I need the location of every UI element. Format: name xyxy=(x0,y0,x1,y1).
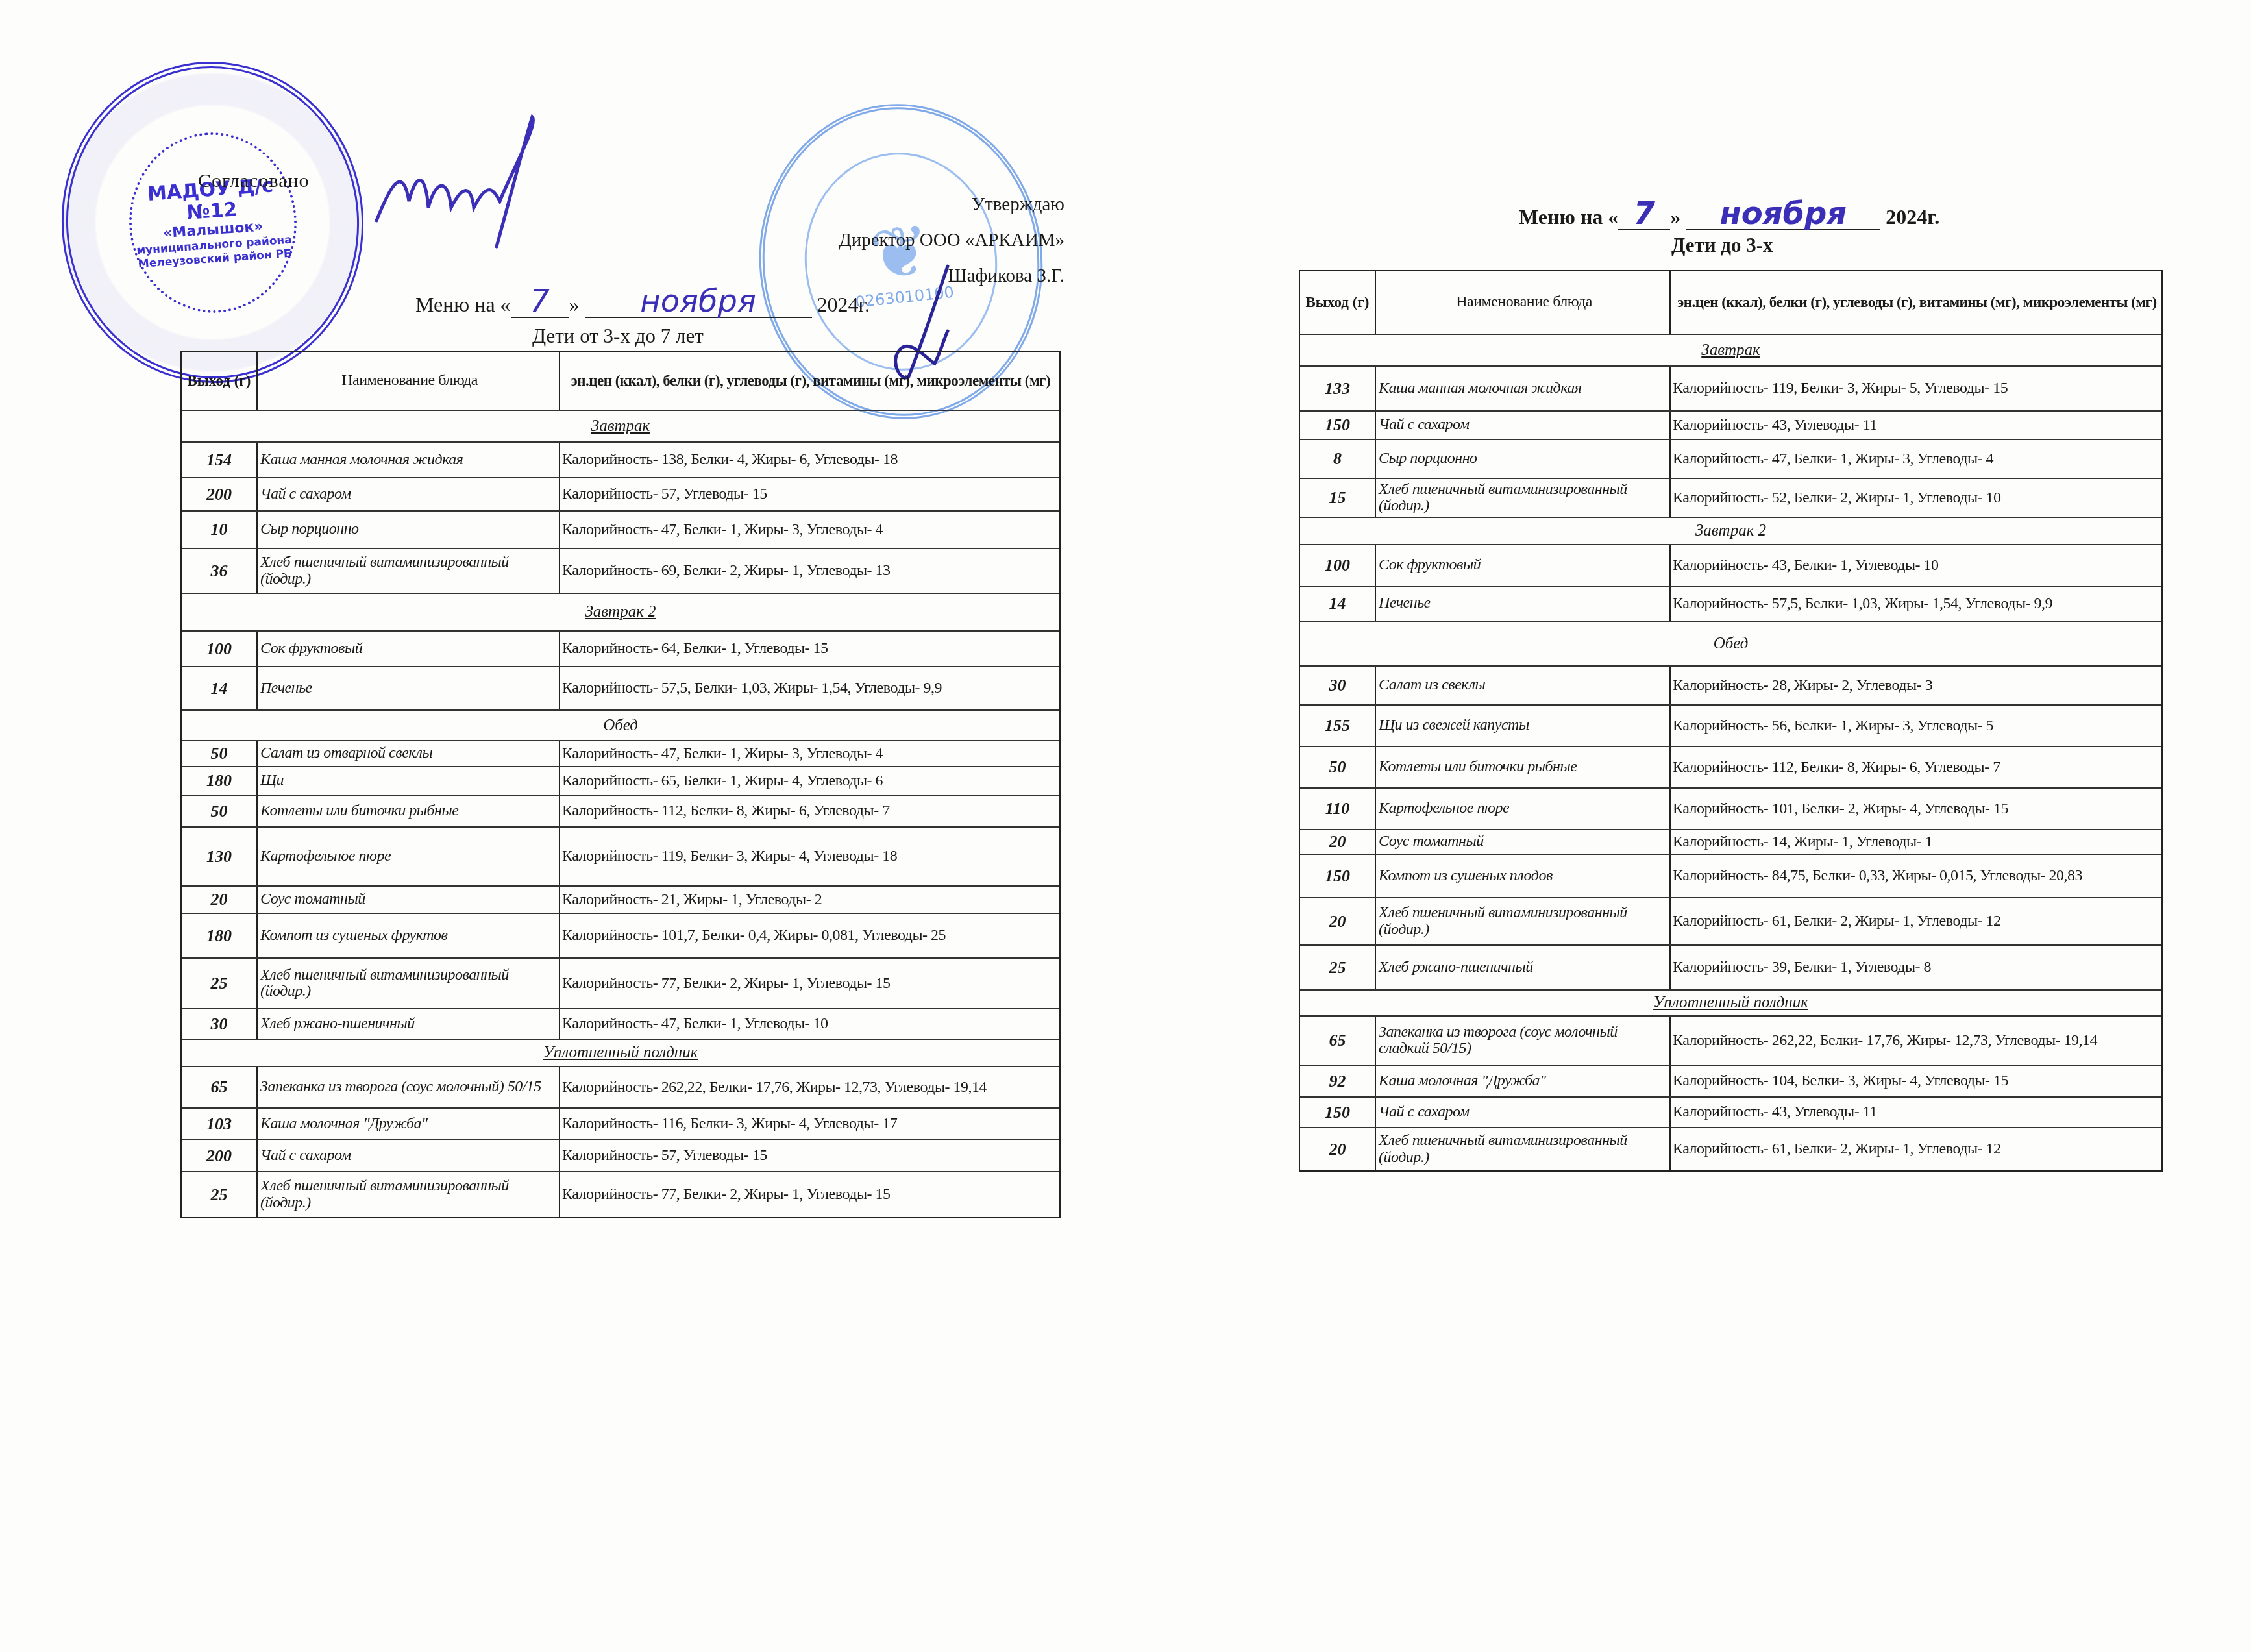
menu-title-left: Меню на «7» ноября 2024г. xyxy=(415,286,870,318)
dish-cell: Чай с сахаром xyxy=(1375,1098,1669,1127)
dish-cell: Хлеб пшеничный витаминизированный (йодир… xyxy=(1375,479,1669,517)
yield-cell: 200 xyxy=(182,1140,256,1171)
yield-cell: 20 xyxy=(1300,830,1375,854)
table-row: 15Хлеб пшеничный витаминизированный (йод… xyxy=(1300,478,2161,517)
table-row: 20Соус томатныйКалорийность- 21, Жиры- 1… xyxy=(182,885,1059,913)
meal-section-title: Завтрак 2 xyxy=(1300,517,2161,544)
column-header-dish: Наименование блюда xyxy=(256,352,559,410)
table-row: 14ПеченьеКалорийность- 57,5, Белки- 1,03… xyxy=(1300,586,2161,621)
table-row: 25Хлеб пшеничный витаминизированный (йод… xyxy=(182,957,1059,1008)
nutrition-cell: Калорийность- 21, Жиры- 1, Углеводы- 2 xyxy=(559,887,1059,913)
dish-cell: Салат из свеклы xyxy=(1375,667,1669,704)
nutrition-cell: Калорийность- 57, Углеводы- 15 xyxy=(559,478,1059,510)
nutrition-cell: Калорийность- 14, Жиры- 1, Углеводы- 1 xyxy=(1669,830,2161,854)
table-header: Выход (г)Наименование блюдаэн.цен (ккал)… xyxy=(182,352,1059,410)
table-row: 10Сыр порционноКалорийность- 47, Белки- … xyxy=(182,510,1059,548)
dish-cell: Щи из свежей капусты xyxy=(1375,706,1669,746)
table-row: 150Чай с сахаромКалорийность- 43, Углево… xyxy=(1300,1096,2161,1127)
menu-title-right: Меню на «7» ноября 2024г. xyxy=(1519,198,1939,230)
school-stamp-center: МАДОУ Д/с №12 «Малышок» муниципального р… xyxy=(123,127,302,318)
agreed-label: Согласовано xyxy=(198,170,310,192)
table-row: 103Каша молочная "Дружба"Калорийность- 1… xyxy=(182,1107,1059,1139)
meal-section-title: Обед xyxy=(1300,621,2161,665)
yield-cell: 8 xyxy=(1300,440,1375,478)
dish-cell: Чай с сахаром xyxy=(1375,412,1669,439)
nutrition-cell: Калорийность- 116, Белки- 3, Жиры- 4, Уг… xyxy=(559,1109,1059,1139)
yield-cell: 25 xyxy=(182,1172,256,1217)
dish-cell: Компот из сушеных плодов xyxy=(1375,855,1669,897)
signature-agreed xyxy=(363,110,558,253)
nutrition-cell: Калорийность- 57,5, Белки- 1,03, Жиры- 1… xyxy=(1669,587,2161,621)
nutrition-cell: Калорийность- 47, Белки- 1, Жиры- 3, Угл… xyxy=(1669,440,2161,478)
dish-cell: Хлеб пшеничный витаминизированный (йодир… xyxy=(1375,898,1669,944)
nutrition-cell: Калорийность- 138, Белки- 4, Жиры- 6, Уг… xyxy=(559,443,1059,477)
director-line: Директор ООО «АРКАИМ» xyxy=(805,223,1064,258)
dish-cell: Каша молочная "Дружба" xyxy=(256,1109,559,1139)
nutrition-cell: Калорийность- 47, Белки- 1, Жиры- 3, Угл… xyxy=(559,512,1059,548)
dish-cell: Котлеты или биточки рыбные xyxy=(1375,747,1669,787)
nutrition-cell: Калорийность- 61, Белки- 2, Жиры- 1, Угл… xyxy=(1669,898,2161,944)
yield-cell: 180 xyxy=(182,914,256,957)
meal-section-title: Завтрак xyxy=(1300,334,2161,365)
table-row: 155Щи из свежей капустыКалорийность- 56,… xyxy=(1300,704,2161,746)
meal-section-title: Завтрак xyxy=(182,410,1059,441)
dish-cell: Запеканка из творога (соус молочный) 50/… xyxy=(256,1067,559,1107)
yield-cell: 100 xyxy=(1300,545,1375,586)
nutrition-cell: Калорийность- 112, Белки- 8, Жиры- 6, Уг… xyxy=(559,796,1059,826)
dish-cell: Хлеб ржано-пшеничный xyxy=(1375,946,1669,989)
column-header-yield: Выход (г) xyxy=(1300,271,1375,334)
nutrition-cell: Калорийность- 64, Белки- 1, Углеводы- 15 xyxy=(559,632,1059,666)
nutrition-cell: Калорийность- 43, Белки- 1, Углеводы- 10 xyxy=(1669,545,2161,586)
dish-cell: Хлеб пшеничный витаминизированный (йодир… xyxy=(256,1172,559,1217)
nutrition-cell: Калорийность- 69, Белки- 2, Жиры- 1, Угл… xyxy=(559,549,1059,593)
yield-cell: 50 xyxy=(182,796,256,826)
table-row: 30Хлеб ржано-пшеничныйКалорийность- 47, … xyxy=(182,1008,1059,1039)
title-prefix: Меню на « xyxy=(1519,205,1618,228)
yield-cell: 150 xyxy=(1300,855,1375,897)
dish-cell: Печенье xyxy=(1375,587,1669,621)
yield-cell: 20 xyxy=(1300,898,1375,944)
yield-cell: 20 xyxy=(1300,1128,1375,1170)
meal-section-title: Уплотненный полдник xyxy=(1300,989,2161,1015)
nutrition-cell: Калорийность- 39, Белки- 1, Углеводы- 8 xyxy=(1669,946,2161,989)
dish-cell: Чай с сахаром xyxy=(256,478,559,510)
table-row: 100Сок фруктовыйКалорийность- 43, Белки-… xyxy=(1300,544,2161,586)
nutrition-cell: Калорийность- 104, Белки- 3, Жиры- 4, Уг… xyxy=(1669,1066,2161,1096)
nutrition-cell: Калорийность- 119, Белки- 3, Жиры- 4, Уг… xyxy=(559,828,1059,885)
table-row: 150Чай с сахаромКалорийность- 43, Углево… xyxy=(1300,410,2161,439)
year-suffix: г. xyxy=(1927,205,1939,228)
school-stamp: МАДОУ Д/с №12 «Малышок» муниципального р… xyxy=(51,51,374,393)
table-row: 92Каша молочная "Дружба"Калорийность- 10… xyxy=(1300,1065,2161,1096)
yield-cell: 25 xyxy=(182,959,256,1008)
yield-cell: 150 xyxy=(1300,1098,1375,1127)
meal-name: Обед xyxy=(603,717,638,735)
table-row: 8Сыр порционноКалорийность- 47, Белки- 1… xyxy=(1300,439,2161,478)
meal-section-title: Уплотненный полдник xyxy=(182,1039,1059,1066)
age-group-right: Дети до 3-х xyxy=(1671,234,1773,257)
yield-cell: 50 xyxy=(182,741,256,766)
dish-cell: Компот из сушеных фруктов xyxy=(256,914,559,957)
meal-name: Обед xyxy=(1714,635,1749,653)
column-header-nutrition: эн.цен (ккал), белки (г), углеводы (г), … xyxy=(1669,271,2161,334)
dish-cell: Картофельное пюре xyxy=(256,828,559,885)
yield-cell: 30 xyxy=(182,1009,256,1039)
table-row: 36Хлеб пшеничный витаминизированный (йод… xyxy=(182,548,1059,593)
table-row: 50Салат из отварной свеклыКалорийность- … xyxy=(182,740,1059,766)
nutrition-cell: Калорийность- 52, Белки- 2, Жиры- 1, Угл… xyxy=(1669,479,2161,517)
yield-cell: 50 xyxy=(1300,747,1375,787)
dish-cell: Каша манная молочная жидкая xyxy=(256,443,559,477)
table-row: 100Сок фруктовыйКалорийность- 64, Белки-… xyxy=(182,630,1059,666)
table-row: 110Картофельное пюреКалорийность- 101, Б… xyxy=(1300,787,2161,829)
table-row: 200Чай с сахаромКалорийность- 57, Углево… xyxy=(182,477,1059,510)
yield-cell: 14 xyxy=(182,667,256,709)
yield-cell: 25 xyxy=(1300,946,1375,989)
table-row: 133Каша манная молочная жидкаяКалорийнос… xyxy=(1300,365,2161,410)
meal-name: Завтрак xyxy=(1701,341,1760,360)
meal-name: Уплотненный полдник xyxy=(1653,994,1808,1012)
dish-cell: Салат из отварной свеклы xyxy=(256,741,559,766)
year: 2024 xyxy=(817,293,859,316)
nutrition-cell: Калорийность- 57,5, Белки- 1,03, Жиры- 1… xyxy=(559,667,1059,709)
column-header-dish: Наименование блюда xyxy=(1375,271,1669,334)
meal-name: Завтрак 2 xyxy=(585,603,656,621)
dish-cell: Хлеб ржано-пшеничный xyxy=(256,1009,559,1039)
day-field: 7 xyxy=(1618,198,1670,230)
yield-cell: 100 xyxy=(182,632,256,666)
title-mid: » xyxy=(1670,205,1680,228)
table-row: 20Соус томатныйКалорийность- 14, Жиры- 1… xyxy=(1300,829,2161,854)
yield-cell: 130 xyxy=(182,828,256,885)
dish-cell: Щи xyxy=(256,767,559,795)
approve-label: Утверждаю xyxy=(805,187,1064,223)
nutrition-cell: Калорийность- 262,22, Белки- 17,76, Жиры… xyxy=(1669,1017,2161,1065)
table-row: 200Чай с сахаромКалорийность- 57, Углево… xyxy=(182,1139,1059,1171)
yield-cell: 180 xyxy=(182,767,256,795)
nutrition-cell: Калорийность- 101, Белки- 2, Жиры- 4, Уг… xyxy=(1669,789,2161,829)
yield-cell: 20 xyxy=(182,887,256,913)
dish-cell: Котлеты или биточки рыбные xyxy=(256,796,559,826)
yield-cell: 65 xyxy=(1300,1017,1375,1065)
nutrition-cell: Калорийность- 119, Белки- 3, Жиры- 5, Уг… xyxy=(1669,367,2161,410)
nutrition-cell: Калорийность- 47, Белки- 1, Жиры- 3, Угл… xyxy=(559,741,1059,766)
dish-cell: Сок фруктовый xyxy=(256,632,559,666)
nutrition-cell: Калорийность- 56, Белки- 1, Жиры- 3, Угл… xyxy=(1669,706,2161,746)
meal-section-title: Обед xyxy=(182,709,1059,740)
age-group-left: Дети от 3-х до 7 лет xyxy=(532,325,704,348)
table-row: 30Салат из свеклыКалорийность- 28, Жиры-… xyxy=(1300,665,2161,704)
nutrition-cell: Калорийность- 262,22, Белки- 17,76, Жиры… xyxy=(559,1067,1059,1107)
yield-cell: 103 xyxy=(182,1109,256,1139)
table-row: 25Хлеб ржано-пшеничныйКалорийность- 39, … xyxy=(1300,944,2161,989)
yield-cell: 155 xyxy=(1300,706,1375,746)
table-row: 25Хлеб пшеничный витаминизированный (йод… xyxy=(182,1171,1059,1217)
yield-cell: 133 xyxy=(1300,367,1375,410)
table-row: 20Хлеб пшеничный витаминизированный (йод… xyxy=(1300,897,2161,944)
dish-cell: Сыр порционно xyxy=(1375,440,1669,478)
table-row: 14ПеченьеКалорийность- 57,5, Белки- 1,03… xyxy=(182,666,1059,709)
table-row: 150Компот из сушеных плодовКалорийность-… xyxy=(1300,854,2161,897)
title-mid: » xyxy=(569,293,580,316)
table-row: 65Запеканка из творога (соус молочный) 5… xyxy=(182,1066,1059,1107)
nutrition-cell: Калорийность- 57, Углеводы- 15 xyxy=(559,1140,1059,1171)
dish-cell: Каша молочная "Дружба" xyxy=(1375,1066,1669,1096)
table-row: 180ЩиКалорийность- 65, Белки- 1, Жиры- 4… xyxy=(182,766,1059,795)
nutrition-cell: Калорийность- 43, Углеводы- 11 xyxy=(1669,412,2161,439)
nutrition-cell: Калорийность- 77, Белки- 2, Жиры- 1, Угл… xyxy=(559,1172,1059,1217)
year: 2024 xyxy=(1886,205,1927,228)
day-field: 7 xyxy=(511,286,569,318)
dish-cell: Хлеб пшеничный витаминизированный (йодир… xyxy=(256,959,559,1008)
dish-cell: Печенье xyxy=(256,667,559,709)
nutrition-cell: Калорийность- 84,75, Белки- 0,33, Жиры- … xyxy=(1669,855,2161,897)
yield-cell: 30 xyxy=(1300,667,1375,704)
dish-cell: Запеканка из творога (соус молочный слад… xyxy=(1375,1017,1669,1065)
nutrition-cell: Калорийность- 77, Белки- 2, Жиры- 1, Угл… xyxy=(559,959,1059,1008)
meal-section-title: Завтрак 2 xyxy=(182,593,1059,630)
nutrition-cell: Калорийность- 65, Белки- 1, Жиры- 4, Угл… xyxy=(559,767,1059,795)
meal-name: Уплотненный полдник xyxy=(543,1044,698,1062)
year-suffix: г. xyxy=(859,293,870,316)
dish-cell: Соус томатный xyxy=(256,887,559,913)
table-row: 50Котлеты или биточки рыбныеКалорийность… xyxy=(182,795,1059,826)
menu-table-under-3: Выход (г)Наименование блюдаэн.цен (ккал)… xyxy=(1299,270,2163,1172)
month-field: ноября xyxy=(585,286,812,318)
yield-cell: 92 xyxy=(1300,1066,1375,1096)
menu-table-3-to-7: Выход (г)Наименование блюдаэн.цен (ккал)… xyxy=(180,351,1061,1218)
yield-cell: 200 xyxy=(182,478,256,510)
yield-cell: 15 xyxy=(1300,479,1375,517)
dish-cell: Хлеб пшеничный витаминизированный (йодир… xyxy=(1375,1128,1669,1170)
yield-cell: 110 xyxy=(1300,789,1375,829)
title-prefix: Меню на « xyxy=(415,293,511,316)
column-header-yield: Выход (г) xyxy=(182,352,256,410)
yield-cell: 14 xyxy=(1300,587,1375,621)
dish-cell: Хлеб пшеничный витаминизированный (йодир… xyxy=(256,549,559,593)
yield-cell: 150 xyxy=(1300,412,1375,439)
dish-cell: Чай с сахаром xyxy=(256,1140,559,1171)
yield-cell: 10 xyxy=(182,512,256,548)
meal-name: Завтрак 2 xyxy=(1695,522,1766,540)
table-row: 180Компот из сушеных фруктовКалорийность… xyxy=(182,913,1059,957)
table-row: 50Котлеты или биточки рыбныеКалорийность… xyxy=(1300,746,2161,787)
nutrition-cell: Калорийность- 28, Жиры- 2, Углеводы- 3 xyxy=(1669,667,2161,704)
dish-cell: Соус томатный xyxy=(1375,830,1669,854)
table-header: Выход (г)Наименование блюдаэн.цен (ккал)… xyxy=(1300,271,2161,334)
table-row: 154Каша манная молочная жидкаяКалорийнос… xyxy=(182,441,1059,477)
nutrition-cell: Калорийность- 43, Углеводы- 11 xyxy=(1669,1098,2161,1127)
dish-cell: Сыр порционно xyxy=(256,512,559,548)
nutrition-cell: Калорийность- 112, Белки- 8, Жиры- 6, Уг… xyxy=(1669,747,2161,787)
yield-cell: 36 xyxy=(182,549,256,593)
meal-name: Завтрак xyxy=(591,417,650,436)
dish-cell: Сок фруктовый xyxy=(1375,545,1669,586)
yield-cell: 65 xyxy=(182,1067,256,1107)
table-row: 20Хлеб пшеничный витаминизированный (йод… xyxy=(1300,1127,2161,1170)
column-header-nutrition: эн.цен (ккал), белки (г), углеводы (г), … xyxy=(559,352,1059,410)
table-row: 130Картофельное пюреКалорийность- 119, Б… xyxy=(182,826,1059,885)
month-field: ноября xyxy=(1686,198,1880,230)
nutrition-cell: Калорийность- 47, Белки- 1, Углеводы- 10 xyxy=(559,1009,1059,1039)
dish-cell: Каша манная молочная жидкая xyxy=(1375,367,1669,410)
yield-cell: 154 xyxy=(182,443,256,477)
dish-cell: Картофельное пюре xyxy=(1375,789,1669,829)
nutrition-cell: Калорийность- 61, Белки- 2, Жиры- 1, Угл… xyxy=(1669,1128,2161,1170)
approve-block: Утверждаю Директор ООО «АРКАИМ» Шафикова… xyxy=(805,187,1064,294)
nutrition-cell: Калорийность- 101,7, Белки- 0,4, Жиры- 0… xyxy=(559,914,1059,957)
table-row: 65Запеканка из творога (соус молочный сл… xyxy=(1300,1015,2161,1065)
